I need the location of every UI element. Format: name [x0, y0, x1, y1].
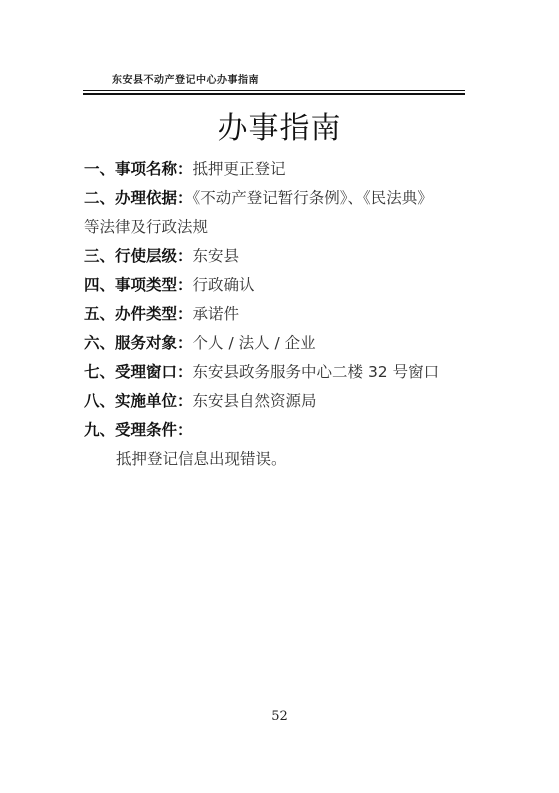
item-value: 《不动产登记暂行条例》、《民法典》	[193, 189, 433, 207]
item-label: 四、事项类型：	[84, 276, 193, 294]
item-name: 一、事项名称：抵押更正登记	[84, 155, 474, 184]
item-value: 东安县政务服务中心二楼 32 号窗口	[193, 363, 440, 381]
item-level: 三、行使层级：东安县	[84, 242, 474, 271]
item-value: 东安县	[193, 247, 240, 265]
guide-items: 一、事项名称：抵押更正登记 二、办理依据：《不动产登记暂行条例》、《民法典》 等…	[84, 155, 474, 474]
item-value: 行政确认	[193, 276, 255, 294]
header-rule-thick	[83, 93, 465, 95]
page-number: 52	[0, 709, 559, 724]
item-label: 八、实施单位：	[84, 392, 193, 410]
item-conditions-detail: 抵押登记信息出现错误。	[84, 445, 474, 474]
running-header: 东安县不动产登记中心办事指南	[112, 71, 259, 86]
item-value: 承诺件	[193, 305, 240, 323]
item-label: 一、事项名称：	[84, 160, 193, 178]
item-basis-continuation: 等法律及行政法规	[84, 213, 474, 242]
item-type: 四、事项类型：行政确认	[84, 271, 474, 300]
item-case-type: 五、办件类型：承诺件	[84, 300, 474, 329]
header-rule-thin	[83, 90, 465, 91]
item-value: 个人 / 法人 / 企业	[193, 334, 316, 352]
item-value: 抵押更正登记	[193, 160, 286, 178]
item-service-target: 六、服务对象：个人 / 法人 / 企业	[84, 329, 474, 358]
header-double-rule	[83, 90, 465, 96]
item-label: 七、受理窗口：	[84, 363, 193, 381]
item-label: 五、办件类型：	[84, 305, 193, 323]
document-title: 办事指南	[0, 103, 559, 147]
item-agency: 八、实施单位：东安县自然资源局	[84, 387, 474, 416]
item-window: 七、受理窗口：东安县政务服务中心二楼 32 号窗口	[84, 358, 474, 387]
item-conditions: 九、受理条件：	[84, 416, 474, 445]
item-label: 六、服务对象：	[84, 334, 193, 352]
item-value: 东安县自然资源局	[193, 392, 317, 410]
item-label: 三、行使层级：	[84, 247, 193, 265]
item-label: 二、办理依据：	[84, 189, 193, 207]
item-basis: 二、办理依据：《不动产登记暂行条例》、《民法典》	[84, 184, 474, 213]
item-label: 九、受理条件：	[84, 421, 193, 439]
